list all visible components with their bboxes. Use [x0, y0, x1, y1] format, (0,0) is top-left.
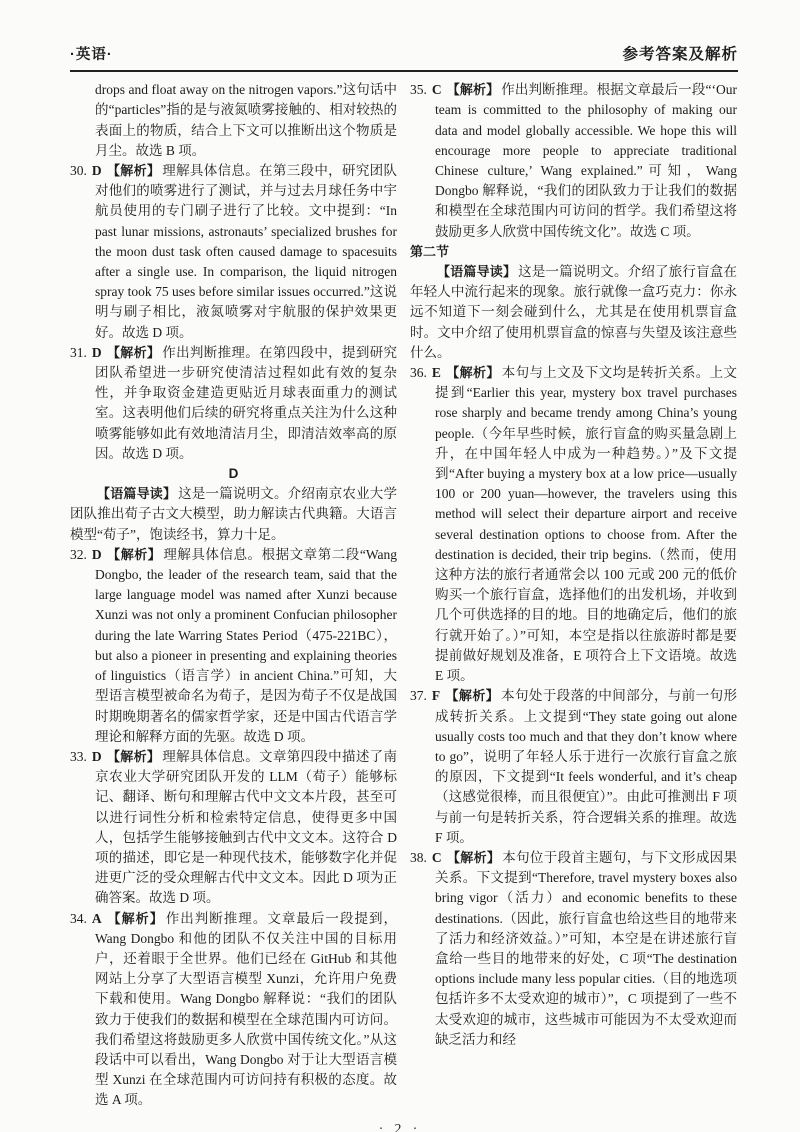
item-answer: C: [432, 850, 442, 865]
analysis-label: 【解析】: [446, 365, 500, 380]
item-number: 36.: [410, 365, 427, 380]
intro-label: 【语篇导读】: [97, 486, 176, 501]
two-column-body: drops and float away on the nitrogen vap…: [70, 80, 738, 1110]
item-number: 33.: [70, 749, 87, 764]
passage-intro: 【语篇导读】这是一篇说明文。介绍了旅行盲盒在年轻人中流行起来的现象。旅行就像一盒…: [410, 262, 737, 363]
item-number: 32.: [70, 547, 87, 562]
answer-item-38: 38.C【解析】本句位于段首主题句，与下文形成因果关系。下文提到“Therefo…: [410, 848, 737, 1050]
item-answer: D: [92, 345, 102, 360]
item-answer: A: [92, 911, 102, 926]
item-body: 理解具体信息。文章第四段中描述了南京农业大学研究团队开发的 LLM（荀子）能够标…: [95, 749, 397, 905]
item-answer: D: [92, 749, 102, 764]
subject-label: ·英语·: [70, 45, 113, 65]
item-answer: C: [432, 82, 442, 97]
item-number: 31.: [70, 345, 87, 360]
passage-intro: 【语篇导读】这是一篇说明文。介绍南京农业大学团队推出荀子古文大模型，助力解读古代…: [70, 484, 397, 545]
item-answer: D: [92, 163, 102, 178]
item-number: 30.: [70, 163, 87, 178]
item-body: 本句与上文及下文均是转折关系。上文提到“Earlier this year, m…: [435, 365, 737, 683]
item-body: 作出判断推理。根据文章最后一段“‘Our team is committed t…: [435, 82, 737, 238]
item-number: 34.: [70, 911, 87, 926]
answer-item-34: 34.A【解析】作出判断推理。文章最后一段提到，Wang Dongbo 和他的团…: [70, 909, 397, 1111]
item-body: 作出判断推理。文章最后一段提到，Wang Dongbo 和他的团队不仅关注中国的…: [95, 911, 397, 1108]
intro-label: 【语篇导读】: [437, 264, 516, 279]
continuation-paragraph: drops and float away on the nitrogen vap…: [70, 80, 397, 161]
item-body: 理解具体信息。在第三段中，研究团队对他们的喷雾进行了测试，并与过去月球任务中宇航…: [95, 163, 397, 340]
item-body: 作出判断推理。在第四段中，提到研究团队希望进一步研究使清洁过程如此有效的复杂性，…: [95, 345, 397, 461]
item-answer: E: [432, 365, 441, 380]
analysis-label: 【解析】: [447, 82, 500, 97]
item-answer: D: [92, 547, 102, 562]
answer-item-36: 36.E【解析】本句与上文及下文均是转折关系。上文提到“Earlier this…: [410, 363, 737, 686]
answer-item-35: 35.C【解析】作出判断推理。根据文章最后一段“‘Our team is com…: [410, 80, 737, 242]
passage-section-letter: D: [70, 464, 397, 484]
answer-item-31: 31.D【解析】作出判断推理。在第四段中，提到研究团队希望进一步研究使清洁过程如…: [70, 343, 397, 464]
analysis-label: 【解析】: [445, 688, 499, 703]
item-number: 35.: [410, 82, 427, 97]
item-answer: F: [432, 688, 440, 703]
analysis-label: 【解析】: [107, 911, 164, 926]
item-number: 38.: [410, 850, 427, 865]
analysis-label: 【解析】: [447, 850, 501, 865]
left-column: drops and float away on the nitrogen vap…: [70, 80, 397, 1110]
right-column: 35.C【解析】作出判断推理。根据文章最后一段“‘Our team is com…: [410, 80, 737, 1110]
analysis-label: 【解析】: [107, 749, 161, 764]
analysis-label: 【解析】: [107, 163, 161, 178]
analysis-label: 【解析】: [107, 345, 161, 360]
page-title: 参考答案及解析: [622, 45, 738, 65]
item-body: 本句位于段首主题句，与下文形成因果关系。下文提到“Therefore, trav…: [435, 850, 737, 1047]
item-number: 37.: [410, 688, 427, 703]
section-heading: 第二节: [410, 242, 737, 262]
page-header: ·英语· 参考答案及解析: [70, 0, 738, 72]
continuation-body: drops and float away on the nitrogen vap…: [95, 82, 397, 158]
item-body: 理解具体信息。根据文章第二段“Wang Dongbo, the leader o…: [95, 547, 397, 744]
answer-item-33: 33.D【解析】理解具体信息。文章第四段中描述了南京农业大学研究团队开发的 LL…: [70, 747, 397, 909]
answer-item-32: 32.D【解析】理解具体信息。根据文章第二段“Wang Dongbo, the …: [70, 545, 397, 747]
analysis-label: 【解析】: [107, 547, 162, 562]
answer-item-37: 37.F【解析】本句处于段落的中间部分，与前一句形成转折关系。上文提到“They…: [410, 686, 737, 848]
page-number: · 2 ·: [0, 1119, 800, 1132]
answer-item-30: 30.D【解析】理解具体信息。在第三段中，研究团队对他们的喷雾进行了测试，并与过…: [70, 161, 397, 343]
item-body: 本句处于段落的中间部分，与前一句形成转折关系。上文提到“They state g…: [435, 688, 737, 844]
